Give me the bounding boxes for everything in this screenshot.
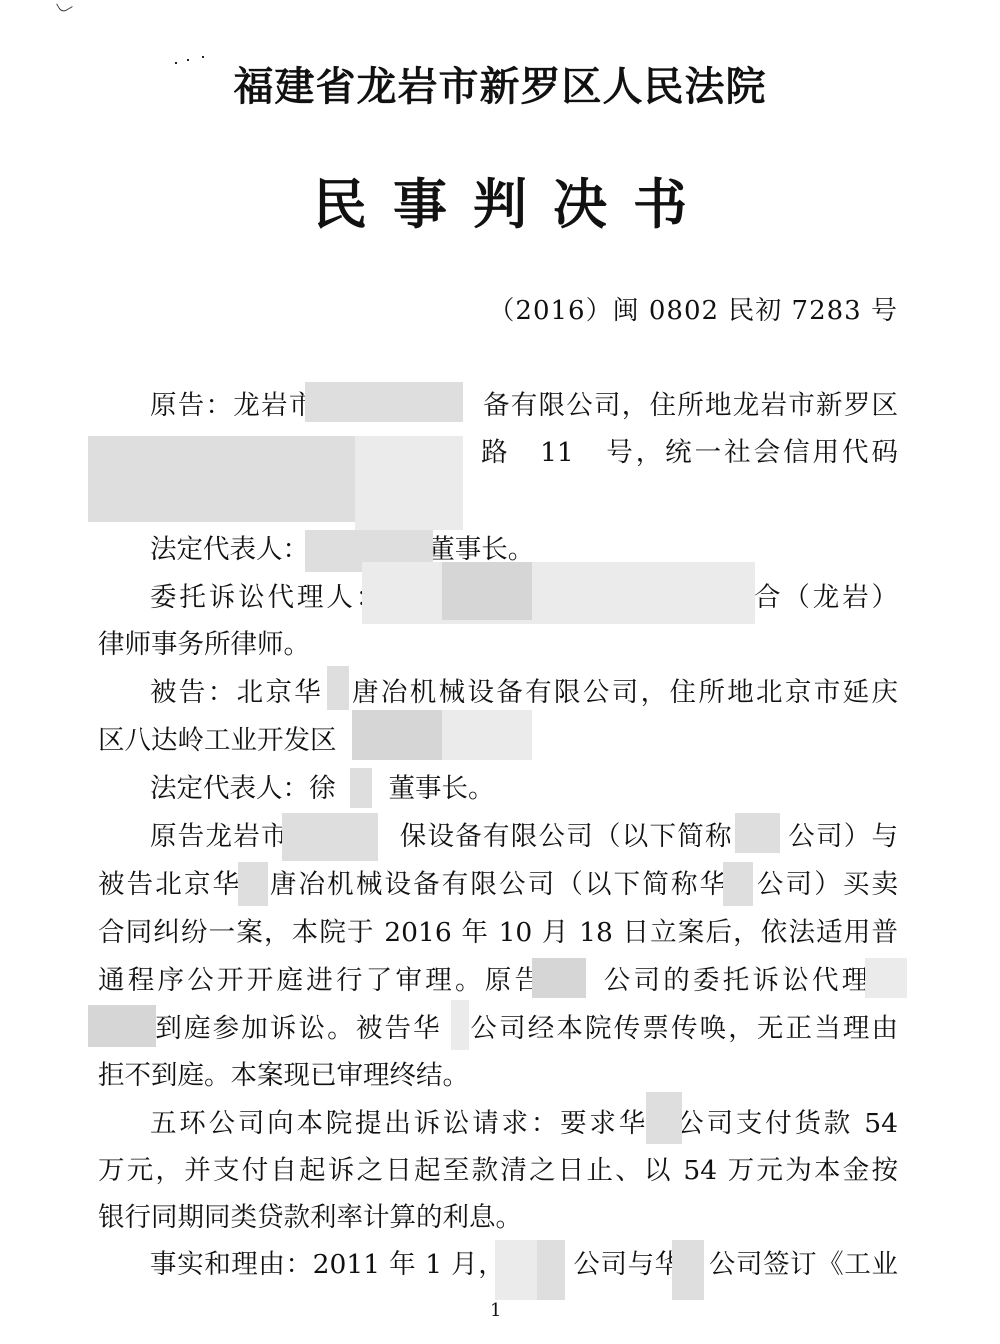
case-summary-line-2: 被告北京华 唐冶机械设备有限公司（以下简称华 公司）买卖 <box>98 862 898 908</box>
case-summary-line-6: 拒不到庭。本案现已审理终结。 <box>98 1053 898 1099</box>
redaction-block <box>327 666 349 710</box>
court-name: 福建省龙岩市新罗区人民法院 <box>0 55 1000 112</box>
redaction-block <box>495 1240 537 1300</box>
redaction-block <box>672 1240 704 1300</box>
redaction-block <box>282 813 378 861</box>
plaintiff-line-1: 原告：龙岩市 备有限公司，住所地龙岩市新罗区 <box>150 383 898 429</box>
redaction-block <box>735 813 780 853</box>
claims-line-2: 万元，并支付自起诉之日起至款清之日止、以 54 万元为本金按 <box>98 1148 898 1194</box>
redaction-block <box>362 562 755 624</box>
case-summary-line-1: 原告龙岩市 保设备有限公司（以下简称 公司）与 <box>150 814 898 860</box>
redaction-block <box>451 1000 469 1050</box>
redaction-block <box>532 958 586 998</box>
claims-line-1: 五环公司向本院提出诉讼请求：要求华 公司支付货款 54 <box>150 1101 898 1147</box>
redaction-block <box>865 958 907 998</box>
redaction-block <box>442 562 532 620</box>
document-type-title: 民事判决书 <box>0 162 1000 239</box>
case-summary-line-4: 通程序公开开庭进行了审理。原告 公司的委托诉讼代理人 <box>98 958 898 1004</box>
redaction-block <box>352 710 442 760</box>
case-summary-line-3: 合同纠纷一案，本院于 2016 年 10 月 18 日立案后，依法适用普 <box>98 910 898 956</box>
redaction-block <box>305 382 463 422</box>
redaction-block <box>442 710 532 760</box>
page-number: 1 <box>490 1300 501 1321</box>
redaction-block <box>88 436 356 522</box>
claims-line-3: 银行同期同类贷款利率计算的利息。 <box>98 1195 898 1241</box>
redaction-block <box>355 436 463 530</box>
case-summary-line-5: 到庭参加诉讼。被告华 公司经本院传票传唤，无正当理由 <box>98 1006 898 1052</box>
redaction-block <box>723 862 753 906</box>
plaintiff-agent-line-2: 律师事务所律师。 <box>98 622 898 668</box>
handwritten-checkmark <box>56 0 73 14</box>
case-number: （2016）闽 0802 民初 7283 号 <box>488 290 898 327</box>
defendant-legal-rep: 法定代表人：徐 ，董事长。 <box>150 766 898 812</box>
redaction-block <box>646 1092 682 1144</box>
redaction-block <box>88 1005 156 1047</box>
redaction-block <box>350 768 372 808</box>
redaction-block <box>537 1240 565 1300</box>
redaction-block <box>238 862 268 906</box>
